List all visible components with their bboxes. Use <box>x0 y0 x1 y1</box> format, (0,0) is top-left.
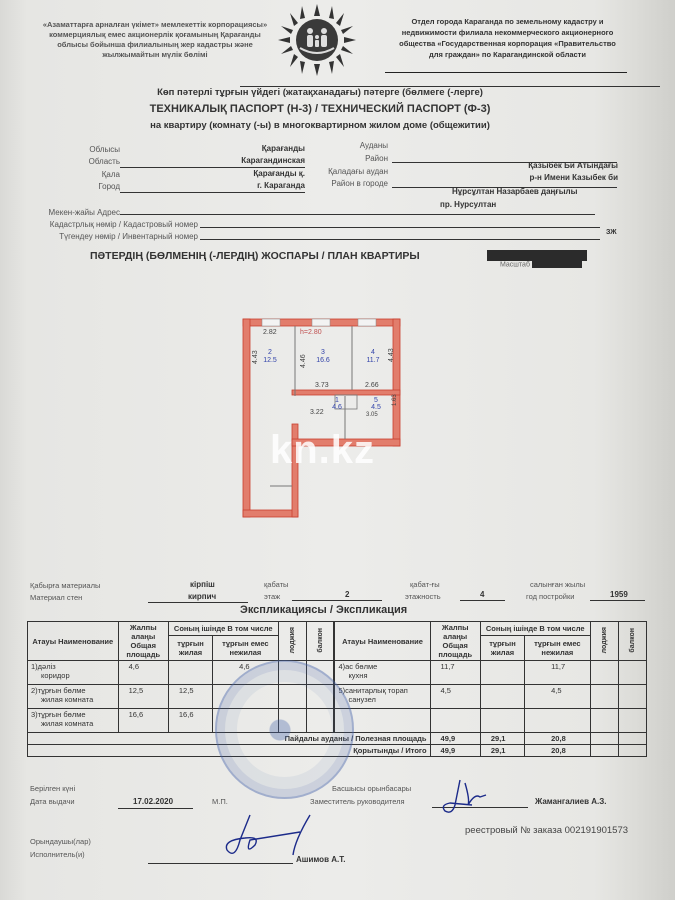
total-cell: 16,6 <box>118 709 168 733</box>
room-name-kz: 2)тұрғын бөлме <box>31 686 115 695</box>
living-cell <box>480 709 524 733</box>
balcony-cell <box>618 709 646 733</box>
floor-kz-label: қабаты <box>264 580 288 589</box>
room-name-kz: 4)ас бөлме <box>338 662 426 671</box>
useful-nonliving: 20,8 <box>525 733 590 745</box>
balcony-cell <box>618 661 646 685</box>
loggia-cell <box>590 709 618 733</box>
city-district-kz-value: Қазыбек Би Атындағы <box>420 161 618 170</box>
wall-kz-label: Қабырға материалы <box>30 581 100 590</box>
living-cell <box>480 661 524 685</box>
svg-text:1.63: 1.63 <box>392 394 398 406</box>
city-underline <box>120 192 305 193</box>
living-cell <box>480 685 524 709</box>
doc-title-ru: на квартиру (комнату (-ы) в многоквартир… <box>60 120 580 131</box>
living-cell: 12,5 <box>168 685 212 709</box>
header-left-line: облысы бойынша филиалының жер кадастры ж… <box>30 40 280 60</box>
address-label: Мекен-жайы Адрес <box>10 208 120 217</box>
plan-title: ПӘТЕРДІҢ (БӨЛМЕНІҢ (-ЛЕРДІҢ) ЖОСПАРЫ / П… <box>90 250 420 262</box>
balcony-text: балкон <box>317 628 324 653</box>
balcony-cell <box>618 745 646 757</box>
year-underline <box>590 600 645 601</box>
family-sun-logo-icon <box>278 4 356 76</box>
loggia-cell <box>590 745 618 757</box>
room-name-kz: 1)дәліз <box>31 662 115 671</box>
year-ru-label: год постройки <box>526 592 574 601</box>
col-loggia-header: лоджия <box>278 622 306 661</box>
issue-kz-label: Берілген күні <box>30 784 75 793</box>
svg-text:11.7: 11.7 <box>366 357 379 364</box>
svg-text:4: 4 <box>371 349 375 356</box>
deputy-kz-label: Басшысы орынбасары <box>332 784 411 793</box>
room-name-ru: жилая комната <box>31 695 115 704</box>
header-right-line: общества «Государственная корпорация «Пр… <box>385 38 630 49</box>
loggia-text: лоджия <box>289 627 296 653</box>
wall-ru-value: кирпич <box>188 592 216 601</box>
address-ru-value: пр. Нурсултан <box>440 200 590 209</box>
svg-text:3.22: 3.22 <box>310 409 324 416</box>
col-incl-header: Соның ішінде В том числе <box>480 622 590 636</box>
oblast-kz-value: Қарағанды <box>150 144 305 153</box>
scale-text: Масштаб <box>500 261 530 268</box>
floor-underline <box>292 600 382 601</box>
nonliving-cell: 11,7 <box>525 661 590 685</box>
room-name-kz: 3)тұрғын бөлме <box>31 710 115 719</box>
scale-redacted <box>532 261 582 268</box>
svg-text:5: 5 <box>374 397 378 404</box>
city-district-kz-label: Қаладағы аудан <box>300 167 388 176</box>
year-kz-label: салынған жылы <box>530 580 585 589</box>
table-header-row: Атауы Наименование Жалпы алаңы Общая пло… <box>28 622 647 636</box>
header-right-line: Отдел города Караганда по земельному кад… <box>385 16 630 27</box>
room-name-cell: 2)тұрғын бөлмежилая комната <box>28 685 119 709</box>
floor-plan: 2.82 h=2.80 4.43 4.46 4.43 3.73 2.66 3.2… <box>240 316 405 521</box>
table-row: 1)дәлізкоридор 4,6 4,6 4)ас бөлмекухня 1… <box>28 661 647 685</box>
header-left-line: коммерциялық емес акционерлік қоғамының … <box>30 30 280 40</box>
floors-value: 4 <box>480 590 484 599</box>
col-living-header: тұрғын жилая <box>168 636 212 661</box>
city-ru-value: г. Караганда <box>150 181 305 190</box>
svg-text:3.05: 3.05 <box>366 412 378 418</box>
total-cell: 11,7 <box>430 661 480 685</box>
cadastral-underline <box>200 227 600 228</box>
room-name-ru: жилая комната <box>31 719 115 728</box>
deputy-signature-icon <box>430 775 510 825</box>
loggia-cell <box>590 685 618 709</box>
total-cell <box>430 709 480 733</box>
svg-text:2: 2 <box>268 349 272 356</box>
nonliving-cell: 4,5 <box>525 685 590 709</box>
cadastral-label: Кадастрлық нөмір / Кадастровый номер <box>10 220 198 229</box>
issue-date-underline <box>118 808 193 809</box>
total-cell: 4,5 <box>430 685 480 709</box>
dim-text: 2.82 <box>263 329 277 336</box>
room-name-cell: 4)ас бөлмекухня <box>334 661 430 685</box>
city-district-ru-value: р-н Имени Казыбек би <box>420 173 618 182</box>
stamp-emblem-icon <box>250 705 310 755</box>
header-divider <box>385 72 627 73</box>
registry-number: реестровый № заказа 002191901573 <box>465 825 628 836</box>
useful-total: 49,9 <box>430 733 480 745</box>
deputy-ru-label: Заместитель руководителя <box>310 797 405 806</box>
living-cell: 16,6 <box>168 709 212 733</box>
col-balcony-header: балкон <box>618 622 646 661</box>
svg-text:3.73: 3.73 <box>315 382 329 389</box>
room-name-cell: 3)тұрғын бөлмежилая комната <box>28 709 119 733</box>
deputy-name: Жамангалиев А.З. <box>535 797 606 806</box>
executor-ru-label: Исполнитель(и) <box>30 850 85 859</box>
floor-ru-label: этаж <box>264 592 280 601</box>
svg-text:4.6: 4.6 <box>332 404 342 411</box>
room-name-ru: кухня <box>338 671 426 680</box>
floors-ru-label: этажность <box>405 592 441 601</box>
executor-kz-label: Орындаушы(лар) <box>30 837 91 846</box>
oblast-ru-value: Карагандинская <box>150 156 305 165</box>
col-name-header: Атауы Наименование <box>334 622 430 661</box>
loggia-cell <box>590 661 618 685</box>
col-nonliving-header: тұрғын емес нежилая <box>213 636 278 661</box>
svg-text:4.43: 4.43 <box>252 350 259 364</box>
floors-underline <box>460 600 505 601</box>
col-living-header: тұрғын жилая <box>480 636 524 661</box>
total-cell: 4,6 <box>118 661 168 685</box>
address-underline <box>120 214 595 215</box>
balcony-cell <box>618 733 646 745</box>
inventory-label: Түгендеу нөмір / Инвентарный номер <box>10 232 198 241</box>
executor-signature-icon <box>215 810 325 870</box>
mp-label: М.П. <box>212 797 228 806</box>
svg-text:4.46: 4.46 <box>300 354 307 368</box>
wall-underline <box>148 602 248 603</box>
svg-text:16.6: 16.6 <box>316 357 330 364</box>
grand-living: 29,1 <box>480 745 524 757</box>
svg-text:4.5: 4.5 <box>371 404 381 411</box>
header-right-line: недвижимости филиала некоммерческого акц… <box>385 27 630 38</box>
total-cell: 12,5 <box>118 685 168 709</box>
col-incl-header: Соның ішінде В том числе <box>168 622 278 636</box>
svg-text:1: 1 <box>335 397 339 404</box>
wall-kz-value: кірпіш <box>190 580 215 589</box>
wall-ru-label: Материал стен <box>30 593 82 602</box>
issue-date: 17.02.2020 <box>133 797 173 806</box>
oblast-underline <box>120 167 305 168</box>
doc-title-main: ТЕХНИКАЛЫҚ ПАСПОРТ (Н-3) / ТЕХНИЧЕСКИЙ П… <box>60 103 580 115</box>
col-name-header: Атауы Наименование <box>28 622 119 661</box>
year-value: 1959 <box>610 590 628 599</box>
loggia-text: лоджия <box>601 627 608 653</box>
room-name-cell: 1)дәлізкоридор <box>28 661 119 685</box>
city-district-ru-label: Район в городе <box>300 179 388 188</box>
svg-text:2.66: 2.66 <box>365 382 379 389</box>
useful-living: 29,1 <box>480 733 524 745</box>
room-name-ru: санузел <box>338 695 426 704</box>
living-cell <box>168 661 212 685</box>
col-total-header: Жалпы алаңы Общая площадь <box>430 622 480 661</box>
floors-kz-label: қабат-ғы <box>410 580 440 589</box>
grand-nonliving: 20,8 <box>525 745 590 757</box>
district-kz-label: Ауданы <box>300 141 388 150</box>
inventory-suffix: ЗЖ <box>606 229 617 236</box>
col-total-header: Жалпы алаңы Общая площадь <box>118 622 168 661</box>
explication-title: Экспликациясы / Экспликация <box>240 604 407 616</box>
svg-text:4.43: 4.43 <box>388 348 395 362</box>
loggia-cell <box>590 733 618 745</box>
room-name-ru: коридор <box>31 671 115 680</box>
col-nonliving-header: тұрғын емес нежилая <box>525 636 590 661</box>
svg-text:h=2.80: h=2.80 <box>300 329 322 336</box>
oblast-ru-label: Область <box>40 157 120 166</box>
grand-total: 49,9 <box>430 745 480 757</box>
address-kz-value: Нұрсұлтан Назарбаев даңғылы <box>420 187 618 196</box>
balcony-cell <box>618 685 646 709</box>
city-kz-label: Қала <box>40 170 120 179</box>
scale-label: Масштаб <box>500 261 582 268</box>
svg-text:12.5: 12.5 <box>263 357 277 364</box>
room-name-kz: 5)санитарлық торап <box>338 686 426 695</box>
city-kz-value: Қарағанды қ. <box>150 169 305 178</box>
district-ru-label: Район <box>300 154 388 163</box>
header-right-text: Отдел города Караганда по земельному кад… <box>385 16 630 60</box>
redacted-block <box>487 250 587 261</box>
col-balcony-header: балкон <box>306 622 334 661</box>
oblast-kz-label: Облысы <box>40 145 120 154</box>
header-left-text: «Азаматтарға арналған үкімет» мемлекетті… <box>30 20 280 60</box>
doc-title-kz: Көп пәтерлі тұрғын үйдегі (жатақханадағы… <box>60 87 580 98</box>
header-left-line: «Азаматтарға арналған үкімет» мемлекетті… <box>30 20 280 30</box>
nonliving-cell <box>525 709 590 733</box>
balcony-text: балкон <box>629 628 636 653</box>
floor-value: 2 <box>345 590 349 599</box>
header-right-line: для граждан» по Карагандинской области <box>385 49 630 60</box>
svg-text:3: 3 <box>321 349 325 356</box>
city-ru-label: Город <box>40 182 120 191</box>
issue-ru-label: Дата выдачи <box>30 797 75 806</box>
watermark: kn.kz <box>270 428 375 473</box>
inventory-underline <box>200 239 600 240</box>
col-loggia-header: лоджия <box>590 622 618 661</box>
